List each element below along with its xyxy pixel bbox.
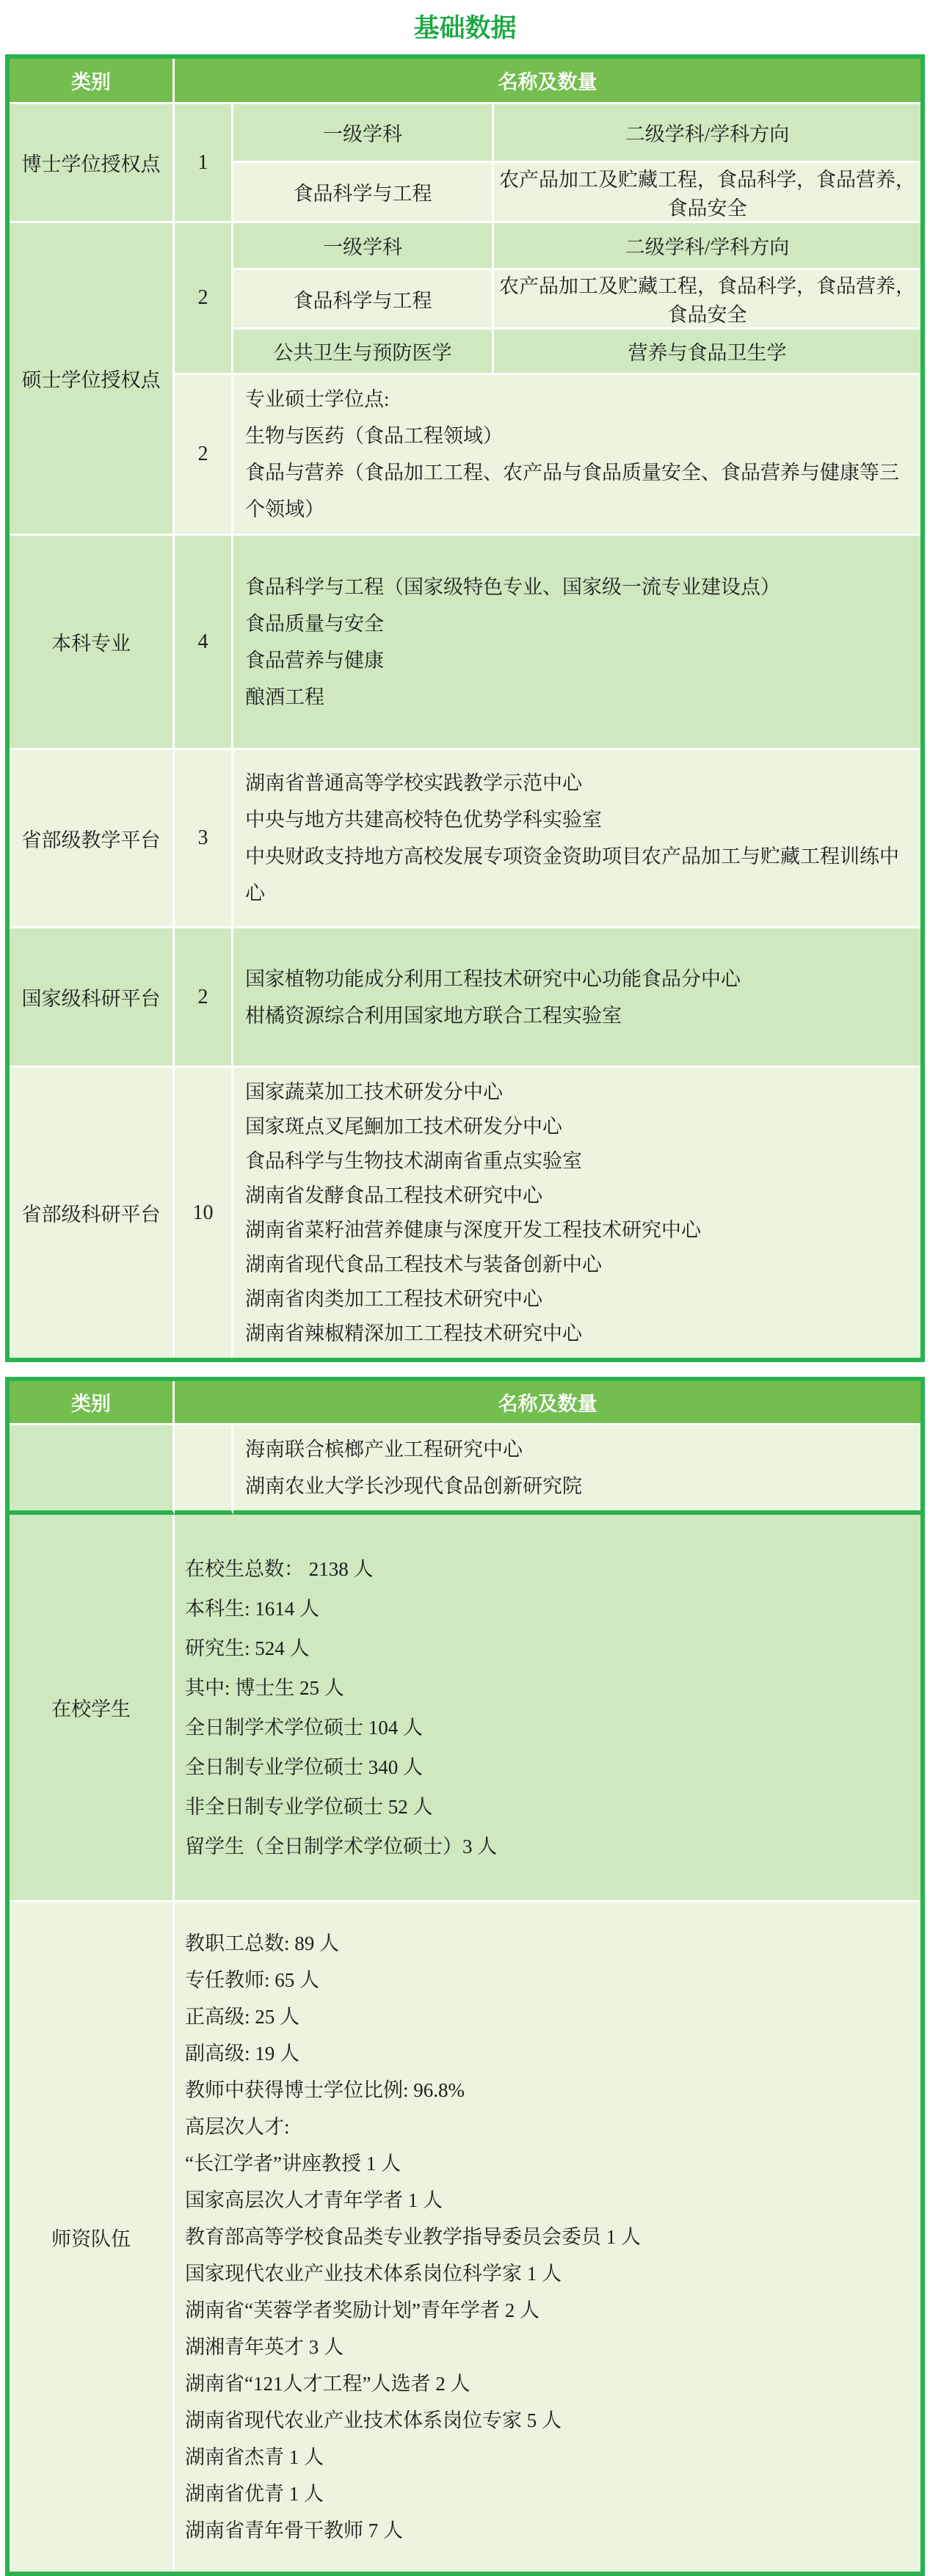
text-line: 湖南省杰青 1 人 — [185, 2439, 910, 2475]
teaching-platforms-count-cell: 3 — [175, 750, 233, 928]
text-line: 非全日制专业学位硕士 52 人 — [185, 1787, 910, 1827]
national-research-label-cell: 国家级科研平台 — [10, 928, 175, 1068]
continuation-empty-category-cell — [10, 1425, 175, 1515]
undergraduate-label-cell: 本科专业 — [10, 536, 175, 750]
master-discipline-cell: 食品科学与工程 — [233, 270, 494, 330]
text-line: 食品科学与生物技术湖南省重点实验室 — [245, 1144, 910, 1179]
table-row: 博士学位授权点 1 一级学科 二级学科/学科方向 — [10, 104, 920, 163]
value-column-header: 名称及数量 — [175, 59, 920, 104]
text-line: 教师中获得博士学位比例: 96.8% — [185, 2072, 910, 2109]
table-1-header-row: 类别 名称及数量 — [10, 59, 920, 104]
text-line: 本科生: 1614 人 — [185, 1589, 910, 1629]
text-line: 湖南省菜籽油营养健康与深度开发工程技术研究中心 — [245, 1213, 910, 1248]
text-line: 生物与医药（食品工程领域） — [245, 418, 910, 454]
table-row: 硕士学位授权点 2 一级学科 二级学科/学科方向 — [10, 223, 920, 270]
text-line: 全日制学术学位硕士 104 人 — [185, 1708, 910, 1747]
master-discipline-cell-2: 公共卫生与预防医学 — [233, 330, 494, 375]
doctoral-level1-header-cell: 一级学科 — [233, 104, 494, 163]
text-line: 在校生总数： 2138 人 — [185, 1549, 910, 1589]
text-line: 国家植物功能成分利用工程技术研究中心功能食品分中心 — [245, 961, 910, 997]
text-line: 研究生: 524 人 — [185, 1629, 910, 1668]
text-line: 食品与营养（食品加工工程、农产品与食品质量安全、食品营养与健康等三个领域） — [245, 454, 910, 528]
undergraduate-count-cell: 4 — [175, 536, 233, 750]
text-line: 湖湘青年英才 3 人 — [185, 2329, 910, 2365]
doctoral-level2-header-cell: 二级学科/学科方向 — [494, 104, 920, 163]
provincial-research-count-cell: 10 — [175, 1068, 233, 1358]
continuation-list-cell: 海南联合槟榔产业工程研究中心湖南农业大学长沙现代食品创新研究院 — [233, 1425, 920, 1515]
table-row: 海南联合槟榔产业工程研究中心湖南农业大学长沙现代食品创新研究院 — [10, 1425, 920, 1515]
undergraduate-list-cell: 食品科学与工程（国家级特色专业、国家级一流专业建设点）食品质量与安全食品营养与健… — [233, 536, 920, 750]
table-row: 省部级科研平台 10 国家蔬菜加工技术研发分中心国家斑点叉尾鮰加工技术研发分中心… — [10, 1068, 920, 1358]
text-line: 国家蔬菜加工技术研发分中心 — [245, 1075, 910, 1110]
master-professional-count-cell: 2 — [175, 375, 233, 536]
text-line: 副高级: 19 人 — [185, 2035, 910, 2072]
master-professional-list-cell: 专业硕士学位点:生物与医药（食品工程领域）食品与营养（食品加工工程、农产品与食品… — [233, 375, 920, 536]
table-row: 国家级科研平台 2 国家植物功能成分利用工程技术研究中心功能食品分中心柑橘资源综… — [10, 928, 920, 1068]
master-academic-count-cell: 2 — [175, 223, 233, 375]
text-line: 湖南省“芙蓉学者奖励计划”青年学者 2 人 — [185, 2292, 910, 2329]
text-line: 湖南省优青 1 人 — [185, 2475, 910, 2512]
text-line: 食品营养与健康 — [245, 642, 910, 679]
table-row: 师资队伍 教职工总数: 89 人专任教师: 65 人正高级: 25 人副高级: … — [10, 1902, 920, 2572]
text-line: 湖南省普通高等学校实践教学示范中心 — [245, 765, 910, 801]
basic-data-table-1: 类别 名称及数量 博士学位授权点 1 一级学科 二级学科/学科方向 食品科学与工… — [5, 54, 925, 1362]
students-list-cell: 在校生总数： 2138 人本科生: 1614 人研究生: 524 人其中: 博士… — [175, 1515, 920, 1902]
text-line: 留学生（全日制学术学位硕士）3 人 — [185, 1827, 910, 1866]
master-level1-header-cell: 一级学科 — [233, 223, 494, 270]
text-line: 国家现代农业产业技术体系岗位科学家 1 人 — [185, 2255, 910, 2292]
text-line: 湖南省青年骨干教师 7 人 — [185, 2512, 910, 2549]
faculty-list-cell: 教职工总数: 89 人专任教师: 65 人正高级: 25 人副高级: 19 人教… — [175, 1902, 920, 2572]
text-line: 湖南省现代食品工程技术与装备创新中心 — [245, 1248, 910, 1282]
text-line: 食品科学与工程（国家级特色专业、国家级一流专业建设点） — [245, 569, 910, 605]
text-line: 全日制专业学位硕士 340 人 — [185, 1747, 910, 1787]
text-line: 湖南省“121人才工程”人选者 2 人 — [185, 2365, 910, 2402]
text-line: 专业硕士学位点: — [245, 381, 910, 418]
master-label-cell: 硕士学位授权点 — [10, 223, 175, 536]
table-1: 类别 名称及数量 博士学位授权点 1 一级学科 二级学科/学科方向 食品科学与工… — [10, 59, 920, 1358]
national-research-count-cell: 2 — [175, 928, 233, 1068]
value-column-header-2: 名称及数量 — [175, 1381, 920, 1425]
basic-data-table-2: 类别 名称及数量 海南联合槟榔产业工程研究中心湖南农业大学长沙现代食品创新研究院… — [5, 1377, 925, 2576]
text-line: 海南联合槟榔产业工程研究中心 — [245, 1431, 910, 1468]
provincial-research-list-cell: 国家蔬菜加工技术研发分中心国家斑点叉尾鮰加工技术研发分中心食品科学与生物技术湖南… — [233, 1068, 920, 1358]
text-line: 国家斑点叉尾鮰加工技术研发分中心 — [245, 1110, 910, 1144]
text-line: 湖南省发酵食品工程技术研究中心 — [245, 1179, 910, 1213]
text-line: 专任教师: 65 人 — [185, 1962, 910, 1998]
text-line: 国家高层次人才青年学者 1 人 — [185, 2182, 910, 2219]
text-line: 其中: 博士生 25 人 — [185, 1668, 910, 1708]
teaching-platforms-list-cell: 湖南省普通高等学校实践教学示范中心中央与地方共建高校特色优势学科实验室中央财政支… — [233, 750, 920, 928]
table-row: 在校学生 在校生总数： 2138 人本科生: 1614 人研究生: 524 人其… — [10, 1515, 920, 1902]
table-2: 类别 名称及数量 海南联合槟榔产业工程研究中心湖南农业大学长沙现代食品创新研究院… — [10, 1381, 920, 2572]
table-row: 省部级教学平台 3 湖南省普通高等学校实践教学示范中心中央与地方共建高校特色优势… — [10, 750, 920, 928]
text-line: 柑橘资源综合利用国家地方联合工程实验室 — [245, 997, 910, 1034]
text-line: 湖南省辣椒精深加工工程技术研究中心 — [245, 1317, 910, 1351]
text-line: 中央财政支持地方高校发展专项资金资助项目农产品加工与贮藏工程训练中心 — [245, 838, 910, 912]
text-line: 酿酒工程 — [245, 679, 910, 716]
doctoral-discipline-cell: 食品科学与工程 — [233, 163, 494, 223]
continuation-empty-count-cell — [175, 1425, 233, 1515]
doctoral-directions-cell: 农产品加工及贮藏工程，食品科学，食品营养，食品安全 — [494, 163, 920, 223]
master-directions-cell-2: 营养与食品卫生学 — [494, 330, 920, 375]
text-line: 教职工总数: 89 人 — [185, 1925, 910, 1962]
national-research-list-cell: 国家植物功能成分利用工程技术研究中心功能食品分中心柑橘资源综合利用国家地方联合工… — [233, 928, 920, 1068]
text-line: 教育部高等学校食品类专业教学指导委员会委员 1 人 — [185, 2219, 910, 2255]
text-line: 湖南省肉类加工工程技术研究中心 — [245, 1282, 910, 1317]
text-line: 食品质量与安全 — [245, 605, 910, 642]
master-directions-cell: 农产品加工及贮藏工程，食品科学，食品营养，食品安全 — [494, 270, 920, 330]
teaching-platforms-label-cell: 省部级教学平台 — [10, 750, 175, 928]
text-line: 正高级: 25 人 — [185, 1998, 910, 2035]
page-title: 基础数据 — [0, 0, 930, 54]
students-label-cell: 在校学生 — [10, 1515, 175, 1902]
provincial-research-label-cell: 省部级科研平台 — [10, 1068, 175, 1358]
text-line: “长江学者”讲座教授 1 人 — [185, 2145, 910, 2182]
table-2-header-row: 类别 名称及数量 — [10, 1381, 920, 1425]
text-line: 湖南省现代农业产业技术体系岗位专家 5 人 — [185, 2402, 910, 2439]
category-column-header-2: 类别 — [10, 1381, 175, 1425]
text-line: 中央与地方共建高校特色优势学科实验室 — [245, 801, 910, 838]
doctoral-count-cell: 1 — [175, 104, 233, 223]
master-level2-header-cell: 二级学科/学科方向 — [494, 223, 920, 270]
table-gap — [0, 1362, 930, 1377]
category-column-header: 类别 — [10, 59, 175, 104]
table-row: 本科专业 4 食品科学与工程（国家级特色专业、国家级一流专业建设点）食品质量与安… — [10, 536, 920, 750]
faculty-label-cell: 师资队伍 — [10, 1902, 175, 2572]
doctoral-label-cell: 博士学位授权点 — [10, 104, 175, 223]
text-line: 高层次人才: — [185, 2109, 910, 2145]
text-line: 湖南农业大学长沙现代食品创新研究院 — [245, 1468, 910, 1505]
